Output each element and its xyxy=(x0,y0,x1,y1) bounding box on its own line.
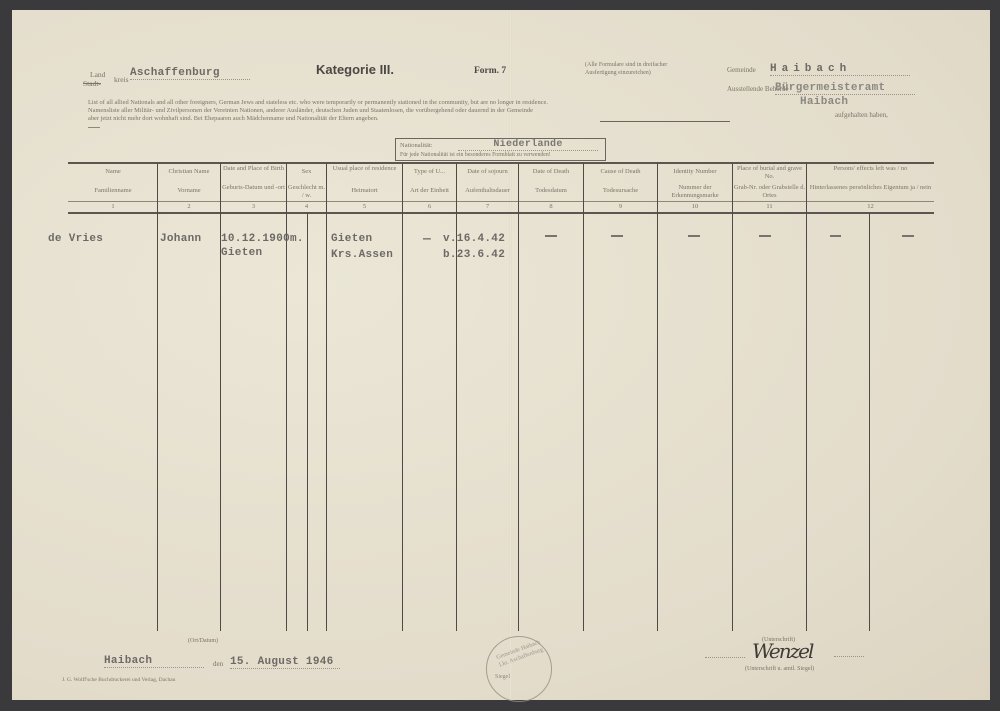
col-divider-sex xyxy=(307,213,308,631)
col-9-en: Cause of Death xyxy=(584,168,657,176)
col-10-en: Identity Number xyxy=(658,168,732,176)
signature-line-left xyxy=(705,657,745,658)
stamp-label: Siegel xyxy=(495,674,510,682)
cell-identity-dash xyxy=(688,235,700,237)
col-8-de: Todesdatum xyxy=(519,187,583,195)
col-divider xyxy=(806,163,807,631)
intro-underline xyxy=(600,121,730,122)
col-1-de: Familienname xyxy=(70,187,156,195)
official-stamp: Gemeinde Haibach Lkr. Aschaffenburg Sieg… xyxy=(486,636,552,702)
col-4-de: Geschlecht m. / w. xyxy=(287,184,326,200)
land-label: Land xyxy=(90,70,105,79)
col-3-en: Date and Place of Birth xyxy=(221,165,286,173)
col-8-en: Date of Death xyxy=(519,168,583,176)
cell-first-name: Johann xyxy=(160,233,201,245)
nationality-box: Nationalität: Niederlande Für jede Natio… xyxy=(395,138,606,161)
stadt-label: Stadt- xyxy=(83,79,101,88)
cell-residence-1: Gieten xyxy=(331,233,372,245)
signature-caption: (Unterschrift u. amtl. Siegel) xyxy=(745,666,814,674)
col-divider-effects xyxy=(869,213,870,631)
signature-line-right xyxy=(834,656,864,657)
place-caption: (Ort/Datum) xyxy=(188,638,218,646)
col-11-de: Grab-Nr. oder Grabstelle d. Ortes xyxy=(733,184,806,200)
col-10-de: Nummer der Erkennungsmarke xyxy=(658,184,732,200)
col-6-num: 6 xyxy=(403,203,456,211)
nationality-note: Für jede Nationalität ist ein besonderes… xyxy=(400,152,551,159)
col-12-de: Hinterlassenes persönliches Eigentum ja … xyxy=(807,184,934,192)
cell-sex: m. xyxy=(290,233,304,245)
kreis-value: Aschaffenburg xyxy=(130,67,250,80)
cell-death-cause-dash xyxy=(611,235,623,237)
col-12-en: Persons' effects left was / no xyxy=(807,165,934,173)
col-divider xyxy=(518,163,519,631)
nationality-value: Niederlande xyxy=(458,139,598,151)
col-2-en: Christian Name xyxy=(158,168,220,176)
col-9-num: 9 xyxy=(584,203,657,211)
page-title: Kategorie III. xyxy=(316,62,394,77)
intro-line-1: List of all allied Nationals and all oth… xyxy=(88,99,728,107)
cell-sojourn-from: v.16.4.42 xyxy=(443,233,505,245)
cell-birth-date: 10.12.1900 xyxy=(221,233,290,245)
col-4-num: 4 xyxy=(287,203,326,211)
col-divider xyxy=(157,163,158,631)
kreis-label: kreis xyxy=(114,75,129,84)
col-5-de: Heimatort xyxy=(327,187,402,195)
cell-death-date-dash xyxy=(545,235,557,237)
gemeinde-value: Haibach xyxy=(770,63,910,76)
col-2-de: Vorname xyxy=(158,187,220,195)
col-3-num: 3 xyxy=(221,203,286,211)
signature: Wenzel xyxy=(752,639,812,663)
cell-effects-no-dash xyxy=(902,235,914,237)
col-divider xyxy=(732,163,733,631)
col-1-en: Name xyxy=(70,168,156,176)
col-divider xyxy=(583,163,584,631)
short-rule xyxy=(88,127,100,128)
cell-sojourn-to: b.23.6.42 xyxy=(443,249,505,261)
cell-effects-yes-dash xyxy=(830,235,841,237)
header-divider xyxy=(68,201,934,202)
intro-tail: aufgehalten haben, xyxy=(835,111,888,120)
col-7-de: Aufenthaltsdauer xyxy=(457,187,518,195)
printer-note: J. G. Wolff'sche Buchdruckerei und Verla… xyxy=(62,677,175,684)
col-5-en: Usual place of residence xyxy=(327,165,402,173)
col-4-en: Sex xyxy=(287,168,326,176)
table-top-rule xyxy=(68,162,934,164)
col-8-num: 8 xyxy=(519,203,583,211)
col-3-de: Geburts-Datum und -ort xyxy=(221,184,286,192)
col-1-num: 1 xyxy=(70,203,156,211)
col-6-de: Art der Einheit xyxy=(403,187,456,195)
col-divider xyxy=(326,163,327,631)
nationality-label: Nationalität: xyxy=(400,142,433,150)
col-6-en: Type of U... xyxy=(403,168,456,176)
cell-unit: — xyxy=(423,231,431,246)
behoerde-value-2: Haibach xyxy=(800,96,848,108)
col-11-en: Place of burial and grave No. xyxy=(733,165,806,181)
col-5-num: 5 xyxy=(327,203,402,211)
form-note: (Alle Formulare sind in dreifacher Ausfe… xyxy=(585,62,685,77)
col-divider xyxy=(657,163,658,631)
form-number: Form. 7 xyxy=(474,66,506,76)
cell-surname: de Vries xyxy=(48,233,103,245)
col-10-num: 10 xyxy=(658,203,732,211)
col-11-num: 11 xyxy=(733,203,806,211)
gemeinde-label: Gemeinde xyxy=(727,66,756,75)
col-divider xyxy=(402,163,403,631)
col-12-num: 12 xyxy=(807,203,934,211)
date-value: 15. August 1946 xyxy=(230,656,340,669)
behoerde-value-1: Bürgermeisteramt xyxy=(775,82,915,95)
date-prefix: den xyxy=(213,660,223,669)
cell-burial-dash xyxy=(759,235,771,237)
header-bottom-rule xyxy=(68,212,934,214)
intro-line-2: Namensliste aller Militär- und Zivilpers… xyxy=(88,107,728,115)
col-7-num: 7 xyxy=(457,203,518,211)
place-value: Haibach xyxy=(104,655,204,668)
stamp-text: Gemeinde Haibach Lkr. Aschaffenburg xyxy=(492,638,548,671)
cell-birth-place: Gieten xyxy=(221,247,262,259)
col-7-en: Date of sojourn xyxy=(457,168,518,176)
cell-residence-2: Krs.Assen xyxy=(331,249,393,261)
col-9-de: Todesursache xyxy=(584,187,657,195)
col-2-num: 2 xyxy=(158,203,220,211)
